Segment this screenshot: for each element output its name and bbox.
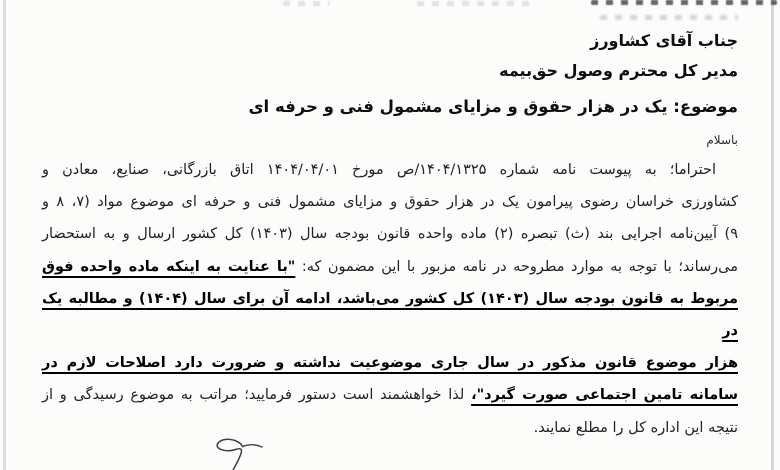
subject-line: موضوع: یک در هزار حقوق و مزایای مشمول فن… xyxy=(42,94,738,120)
cutoff-letterhead-mark xyxy=(283,1,330,6)
letter-page: { "page": { "background": "#fcfcfb", "in… xyxy=(0,0,780,470)
emphasized-text: هزار موضوع قانون مذکور در سال جاری موضوع… xyxy=(42,355,738,371)
body-text: احتراما؛ به پیوست نامه شماره ۱۴۰۴/۱۳۲۵/ص… xyxy=(42,162,716,178)
body-line: مربوط به قانون بودجه سال (۱۴۰۳) کل کشور … xyxy=(42,283,738,347)
page-left-edge-line xyxy=(3,0,6,470)
body-line: سامانه تامین اجتماعی صورت گیرد"، لذا خوا… xyxy=(42,379,738,411)
emphasized-text: مربوط به قانون بودجه سال (۱۴۰۳) کل کشور … xyxy=(42,291,738,339)
body-text: لذا خواهشمند است دستور فرمایید؛ مراتب به… xyxy=(42,387,471,403)
body-text: نتیجه این اداره کل را مطلع نمایند. xyxy=(534,420,738,436)
body-line: هزار موضوع قانون مذکور در سال جاری موضوع… xyxy=(42,347,738,379)
letter-content: جناب آقای کشاورز مدیر کل محترم وصول حق‌ب… xyxy=(42,26,738,444)
cutoff-letterhead-mark xyxy=(417,1,529,6)
body-text: کشاورزی خراسان رضوی پیرامون یک در هزار ح… xyxy=(42,194,738,210)
body-text: ۹) آیین‌نامه اجرایی بند (ث) تبصره (۲) ما… xyxy=(42,226,738,242)
body-line: کشاورزی خراسان رضوی پیرامون یک در هزار ح… xyxy=(42,186,738,218)
body-line: ۹) آیین‌نامه اجرایی بند (ث) تبصره (۲) ما… xyxy=(42,218,738,250)
recipient-title: مدیر کل محترم وصول حق‌بیمه xyxy=(42,56,738,86)
letter-body: احتراما؛ به پیوست نامه شماره ۱۴۰۴/۱۳۲۵/ص… xyxy=(42,154,738,444)
body-line: نتیجه این اداره کل را مطلع نمایند. xyxy=(42,412,738,444)
recipient-name: جناب آقای کشاورز xyxy=(42,26,738,56)
body-text: می‌رساند؛ با توجه به موارد مطروحه در نام… xyxy=(295,259,738,275)
handwritten-signature xyxy=(208,433,266,470)
body-line: می‌رساند؛ با توجه به موارد مطروحه در نام… xyxy=(42,251,738,283)
page-right-edge-line xyxy=(771,0,774,470)
salutation: باسلام xyxy=(42,132,738,148)
emphasized-text: "با عنایت به اینکه ماده واحده فوق xyxy=(42,259,295,275)
cutoff-letterhead-mark xyxy=(600,15,738,20)
cutoff-letterhead-mark xyxy=(591,0,777,5)
body-line: احتراما؛ به پیوست نامه شماره ۱۴۰۴/۱۳۲۵/ص… xyxy=(42,154,738,186)
emphasized-text: سامانه تامین اجتماعی صورت گیرد"، xyxy=(471,387,738,403)
